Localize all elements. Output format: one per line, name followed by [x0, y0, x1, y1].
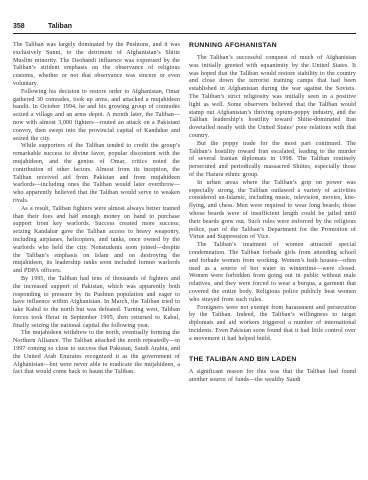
paragraph: The mujahideen withdrew to the north, ev…	[13, 330, 180, 377]
paragraph: In urban areas where the Taliban’s grip …	[189, 180, 356, 242]
page-number: 358	[13, 23, 48, 30]
paragraph: A significant reason for this was that t…	[189, 369, 356, 385]
text-columns: The Taliban was largely dominated by the…	[13, 42, 356, 385]
book-page: 358 Taliban The Taliban was largely domi…	[0, 0, 368, 480]
paragraph: While supporters of the Taliban tended t…	[13, 143, 180, 205]
right-column: RUNNING AFGHANISTAN The Taliban’s succes…	[189, 42, 356, 385]
paragraph: Foreigners were not exempt from harassme…	[189, 305, 356, 344]
paragraph: The Taliban’s treatment of women attract…	[189, 242, 356, 304]
left-column: The Taliban was largely dominated by the…	[13, 42, 180, 385]
paragraph: By 1995, the Taliban had tens of thousan…	[13, 276, 180, 331]
running-header: 358 Taliban	[13, 23, 356, 30]
paragraph: But the poppy trade for the most part co…	[189, 141, 356, 180]
paragraph: The Taliban’s successful conquest of muc…	[189, 55, 356, 141]
header-rule	[13, 33, 356, 34]
section-heading-running-afghanistan: RUNNING AFGHANISTAN	[189, 42, 356, 49]
section-heading-taliban-and-bin-laden: THE TALIBAN AND BIN LADEN	[189, 356, 356, 363]
paragraph: Following his decision to restore order …	[13, 89, 180, 144]
paragraph: As a result, Taliban fighters were almos…	[13, 206, 180, 276]
running-head-title: Taliban	[48, 23, 72, 30]
paragraph: The Taliban was largely dominated by the…	[13, 42, 180, 89]
